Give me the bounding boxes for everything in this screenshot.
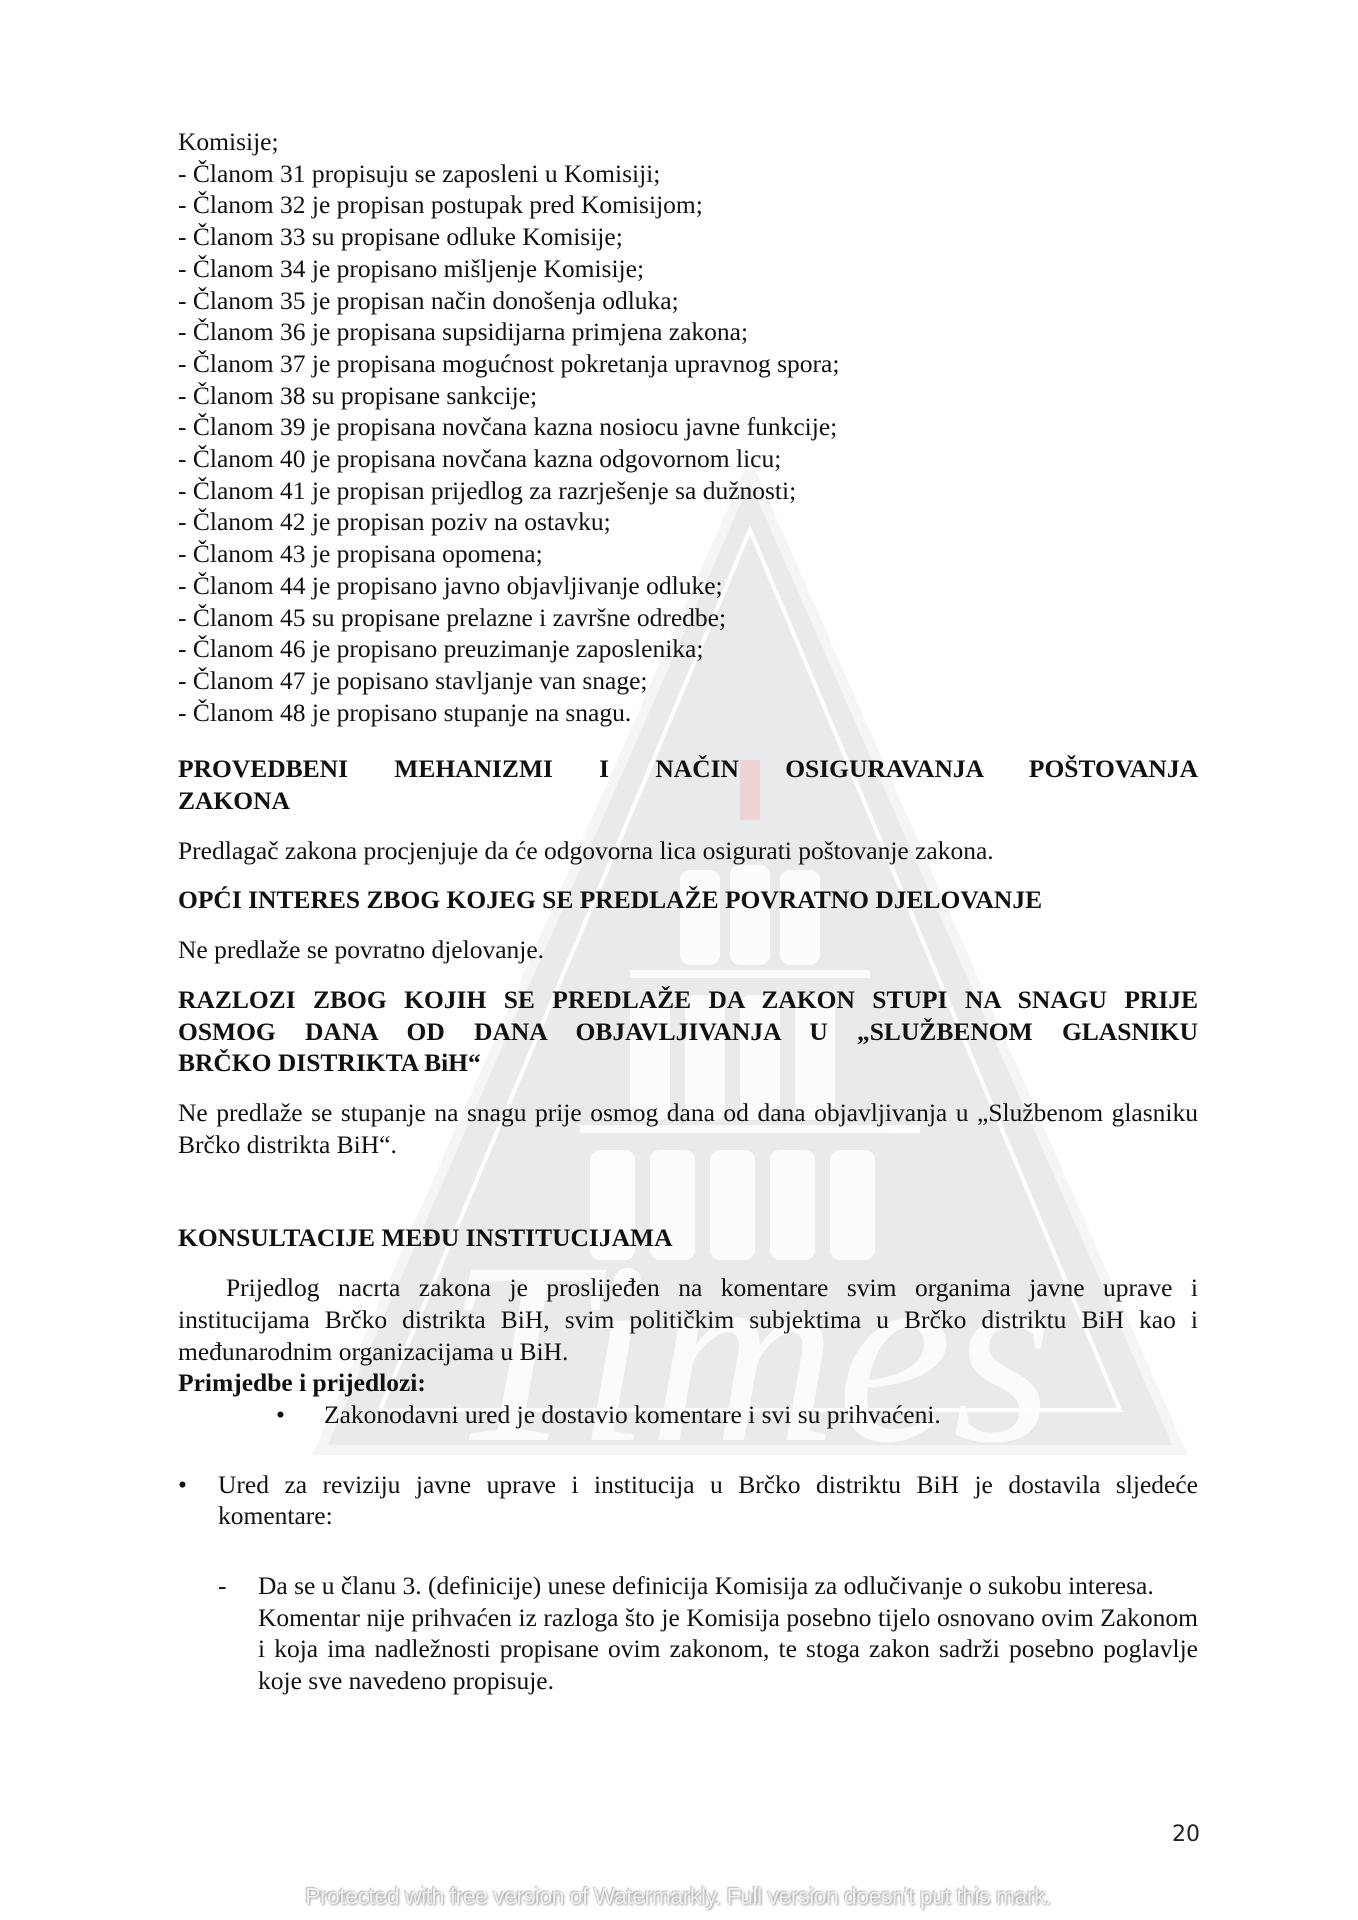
heading-retroactive: OPĆI INTERES ZBOG KOJEG SE PREDLAŽE POVR… bbox=[178, 884, 1198, 916]
article-list-item: - Članom 38 su propisane sankcije; bbox=[178, 380, 1198, 412]
article-list-item: - Članom 41 je propisan prijedlog za raz… bbox=[178, 475, 1198, 507]
article-list-item: - Članom 35 je propisan način donošenja … bbox=[178, 285, 1198, 317]
heading-consultations: KONSULTACIJE MEĐU INSTITUCIJAMA bbox=[178, 1222, 1198, 1254]
article-list-item: - Članom 33 su propisane odluke Komisije… bbox=[178, 221, 1198, 253]
article-list-item: - Članom 45 su propisane prelazne i zavr… bbox=[178, 602, 1198, 634]
continuation-line: Komisije; bbox=[178, 126, 1198, 158]
article-list-item: - Članom 32 je propisan postupak pred Ko… bbox=[178, 189, 1198, 221]
article-list-item: - Članom 39 je propisana novčana kazna n… bbox=[178, 411, 1198, 443]
document-page: Komisije;- Članom 31 propisuju se zaposl… bbox=[178, 126, 1198, 1697]
article-list-item: - Članom 40 je propisana novčana kazna o… bbox=[178, 443, 1198, 475]
article-list: Komisije;- Članom 31 propisuju se zaposl… bbox=[178, 126, 1198, 728]
watermark-notice: Protected with free version of Watermark… bbox=[305, 1883, 1051, 1910]
bullet-audit-text: Ured za reviziju javne uprave i instituc… bbox=[218, 1469, 1198, 1532]
bullet-icon: • bbox=[178, 1469, 218, 1532]
bullet-legislative-office: • Zakonodavni ured je dostavio komentare… bbox=[178, 1399, 1198, 1431]
article-list-item: - Članom 31 propisuju se zaposleni u Kom… bbox=[178, 158, 1198, 190]
article-list-item: - Članom 46 je propisano preuzimanje zap… bbox=[178, 633, 1198, 665]
article-list-item: - Članom 37 je propisana mogućnost pokre… bbox=[178, 348, 1198, 380]
article-list-item: - Članom 36 je propisana supsidijarna pr… bbox=[178, 316, 1198, 348]
bullet-legislative-text: Zakonodavni ured je dostavio komentare i… bbox=[324, 1399, 941, 1431]
audit-comment-request: Da se u članu 3. (definicije) unese defi… bbox=[258, 1570, 1198, 1602]
article-list-item: - Članom 44 je propisano javno objavljiv… bbox=[178, 570, 1198, 602]
retroactive-body: Ne predlaže se povratno djelovanje. bbox=[178, 934, 1198, 966]
heading-entry-into-force: RAZLOZI ZBOG KOJIH SE PREDLAŽE DA ZAKON … bbox=[178, 984, 1198, 1016]
article-list-item: - Članom 34 je propisano mišljenje Komis… bbox=[178, 253, 1198, 285]
audit-comment-response: Komentar nije prihvaćen iz razloga što j… bbox=[258, 1602, 1198, 1697]
page-number: 20 bbox=[1172, 1822, 1200, 1847]
bullet-audit-office: • Ured za reviziju javne uprave i instit… bbox=[178, 1469, 1198, 1532]
enforcement-body: Predlagač zakona procjenjuje da će odgov… bbox=[178, 835, 1198, 867]
heading-entry-into-force-cont: OSMOG DANA OD DANA OBJAVLJIVANJA U „SLUŽ… bbox=[178, 1016, 1198, 1048]
article-list-item: - Članom 43 je propisana opomena; bbox=[178, 538, 1198, 570]
article-list-item: - Članom 42 je propisan poziv na ostavku… bbox=[178, 506, 1198, 538]
article-list-item: - Članom 47 je popisano stavljanje van s… bbox=[178, 665, 1198, 697]
entry-into-force-body: Ne predlaže se stupanje na snagu prije o… bbox=[178, 1097, 1198, 1160]
dash-marker: - bbox=[218, 1570, 258, 1697]
heading-entry-into-force-end: BRČKO DISTRIKTA BiH“ bbox=[178, 1047, 1198, 1079]
heading-enforcement-cont: ZAKONA bbox=[178, 785, 1198, 817]
remarks-label: Primjedbe i prijedlozi: bbox=[178, 1367, 1198, 1399]
bullet-icon: • bbox=[276, 1399, 324, 1431]
article-list-item: - Članom 48 je propisano stupanje na sna… bbox=[178, 697, 1198, 729]
consultations-body: Prijedlog nacrta zakona je proslijeđen n… bbox=[178, 1272, 1198, 1367]
heading-enforcement: PROVEDBENI MEHANIZMI I NAČIN OSIGURAVANJ… bbox=[178, 753, 1198, 785]
audit-comment-item: - Da se u članu 3. (definicije) unese de… bbox=[178, 1570, 1198, 1697]
